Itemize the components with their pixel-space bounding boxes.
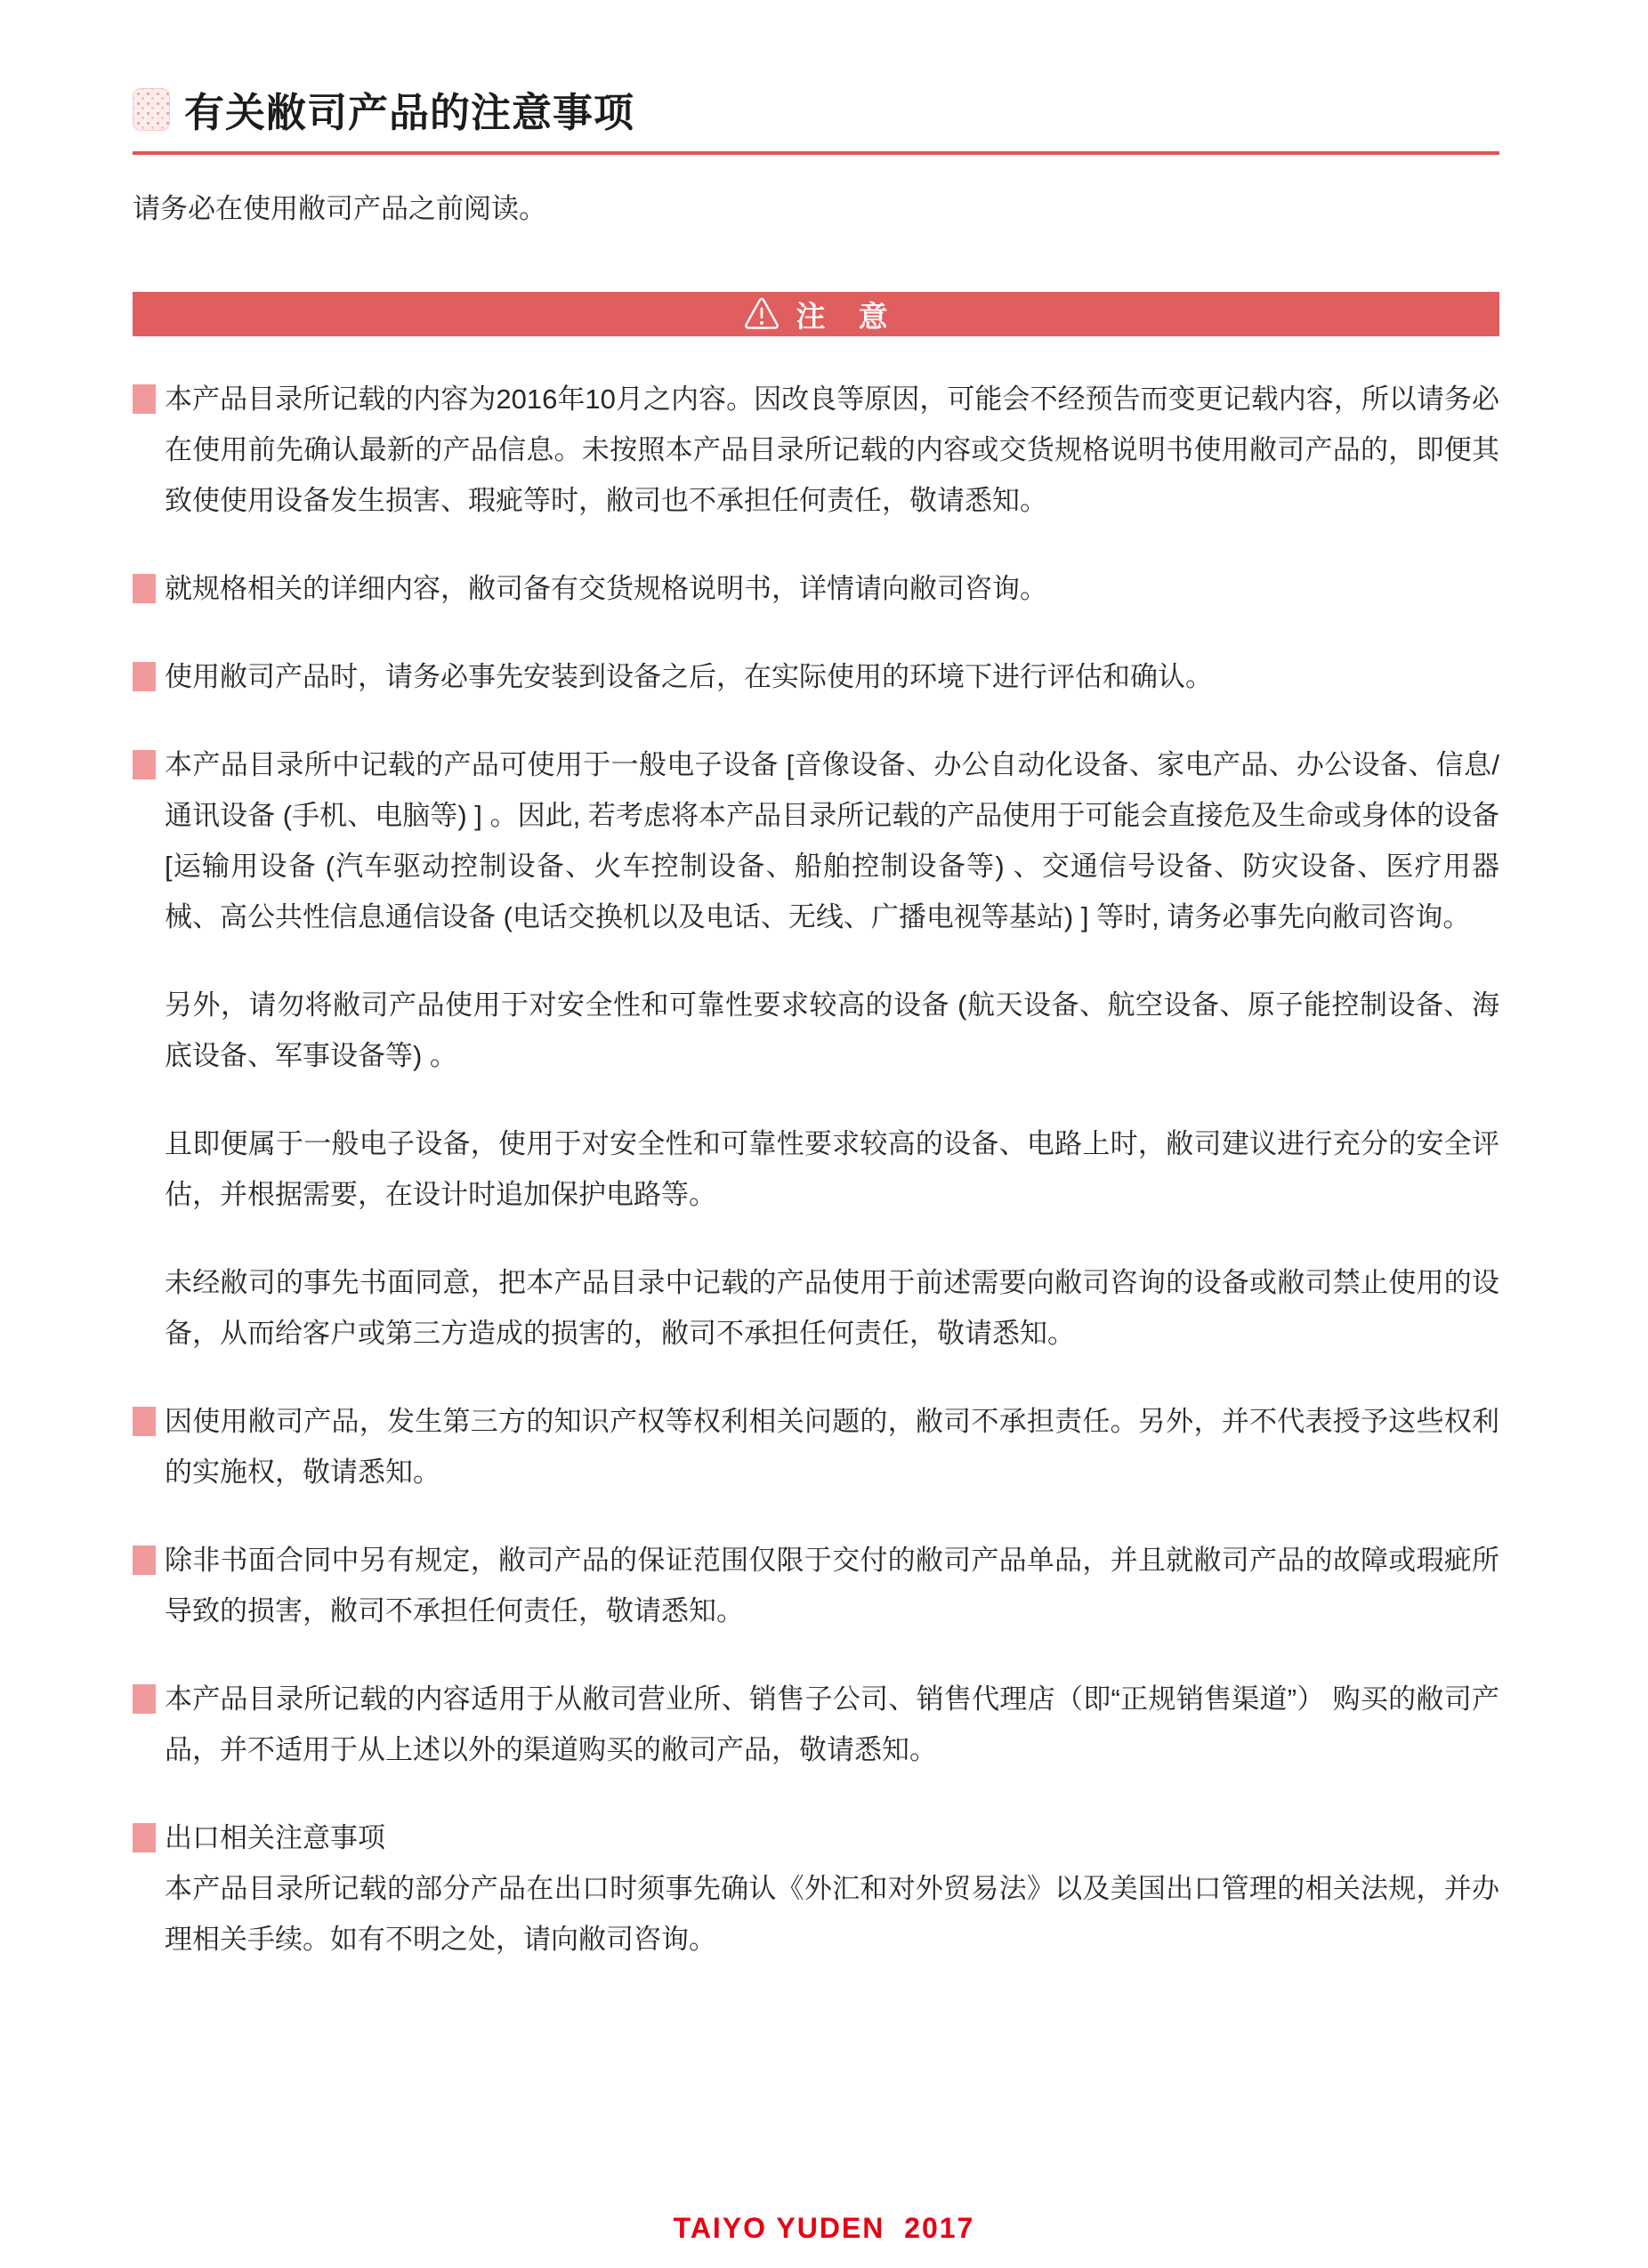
pattern-square-icon: [133, 88, 170, 131]
notice-text: 本产品目录所记载的内容为2016年10月之内容。因改良等原因，可能会不经预告而变…: [165, 383, 1499, 516]
bullet-square-icon: [133, 384, 156, 414]
notice-item: 就规格相关的详细内容，敝司备有交货规格说明书，详情请向敝司咨询。: [133, 563, 1499, 614]
warning-triangle-icon: [744, 297, 780, 331]
notice-text: 就规格相关的详细内容，敝司备有交货规格说明书，详情请向敝司咨询。: [165, 573, 1047, 604]
notice-text: 本产品目录所中记载的产品可使用于一般电子设备 [音像设备、办公自动化设备、家电产…: [165, 749, 1499, 932]
caution-banner: 注 意: [133, 292, 1499, 336]
bullet-square-icon: [133, 662, 156, 691]
caution-label: 注 意: [796, 294, 900, 335]
notice-text: 另外，请勿将敝司产品使用于对安全性和可靠性要求较高的设备 (航天设备、航空设备、…: [165, 989, 1499, 1071]
notice-item: 因使用敝司产品，发生第三方的知识产权等权利相关问题的，敝司不承担责任。另外，并不…: [133, 1396, 1499, 1497]
bullet-square-icon: [133, 574, 156, 603]
footer-logo-text: TAIYO YUDEN 2017: [0, 2212, 1648, 2245]
title-rule: [133, 151, 1499, 155]
notice-item: 使用敝司产品时，请务必事先安装到设备之后，在实际使用的环境下进行评估和确认。: [133, 651, 1499, 702]
notice-text: 本产品目录所记载的内容适用于从敝司营业所、销售子公司、销售代理店（即“正规销售渠…: [165, 1683, 1499, 1765]
bullet-square-icon: [133, 1546, 156, 1575]
notice-text: 本产品目录所记载的部分产品在出口时须事先确认《外汇和对外贸易法》以及美国出口管理…: [165, 1863, 1499, 1965]
page-header: 有关敝司产品的注意事项: [133, 80, 1499, 138]
page-content: 有关敝司产品的注意事项 请务必在使用敝司产品之前阅读。 注 意 本产品目录所记载…: [133, 0, 1499, 2002]
notice-text: 除非书面合同中另有规定，敝司产品的保证范围仅限于交付的敝司产品单品，并且就敝司产…: [165, 1545, 1499, 1626]
bullet-square-icon: [133, 750, 156, 779]
bullet-square-icon: [133, 1823, 156, 1852]
notice-text: 因使用敝司产品，发生第三方的知识产权等权利相关问题的，敝司不承担责任。另外，并不…: [165, 1406, 1499, 1488]
notice-item: 本产品目录所记载的内容为2016年10月之内容。因改良等原因，可能会不经预告而变…: [133, 374, 1499, 526]
notice-subitem: 且即便属于一般电子设备，使用于对安全性和可靠性要求较高的设备、电路上时，敝司建议…: [133, 1118, 1499, 1220]
notice-subitem: 另外，请勿将敝司产品使用于对安全性和可靠性要求较高的设备 (航天设备、航空设备、…: [133, 980, 1499, 1081]
notice-list: 本产品目录所记载的内容为2016年10月之内容。因改良等原因，可能会不经预告而变…: [133, 374, 1499, 1965]
notice-heading: 出口相关注意事项: [165, 1812, 1499, 1863]
notice-text: 且即便属于一般电子设备，使用于对安全性和可靠性要求较高的设备、电路上时，敝司建议…: [165, 1128, 1499, 1210]
notice-text: 未经敝司的事先书面同意，把本产品目录中记载的产品使用于前述需要向敝司咨询的设备或…: [165, 1267, 1499, 1349]
notice-subitem: 未经敝司的事先书面同意，把本产品目录中记载的产品使用于前述需要向敝司咨询的设备或…: [133, 1257, 1499, 1359]
notice-item: 本产品目录所中记载的产品可使用于一般电子设备 [音像设备、办公自动化设备、家电产…: [133, 739, 1499, 942]
page-title: 有关敝司产品的注意事项: [184, 80, 634, 138]
notice-item: 本产品目录所记载的内容适用于从敝司营业所、销售子公司、销售代理店（即“正规销售渠…: [133, 1674, 1499, 1775]
notice-item: 出口相关注意事项 本产品目录所记载的部分产品在出口时须事先确认《外汇和对外贸易法…: [133, 1812, 1499, 1965]
notice-item: 除非书面合同中另有规定，敝司产品的保证范围仅限于交付的敝司产品单品，并且就敝司产…: [133, 1535, 1499, 1636]
bullet-square-icon: [133, 1407, 156, 1436]
notice-text: 使用敝司产品时，请务必事先安装到设备之后，在实际使用的环境下进行评估和确认。: [165, 661, 1213, 692]
bullet-square-icon: [133, 1684, 156, 1714]
page-subtitle: 请务必在使用敝司产品之前阅读。: [133, 194, 1499, 224]
